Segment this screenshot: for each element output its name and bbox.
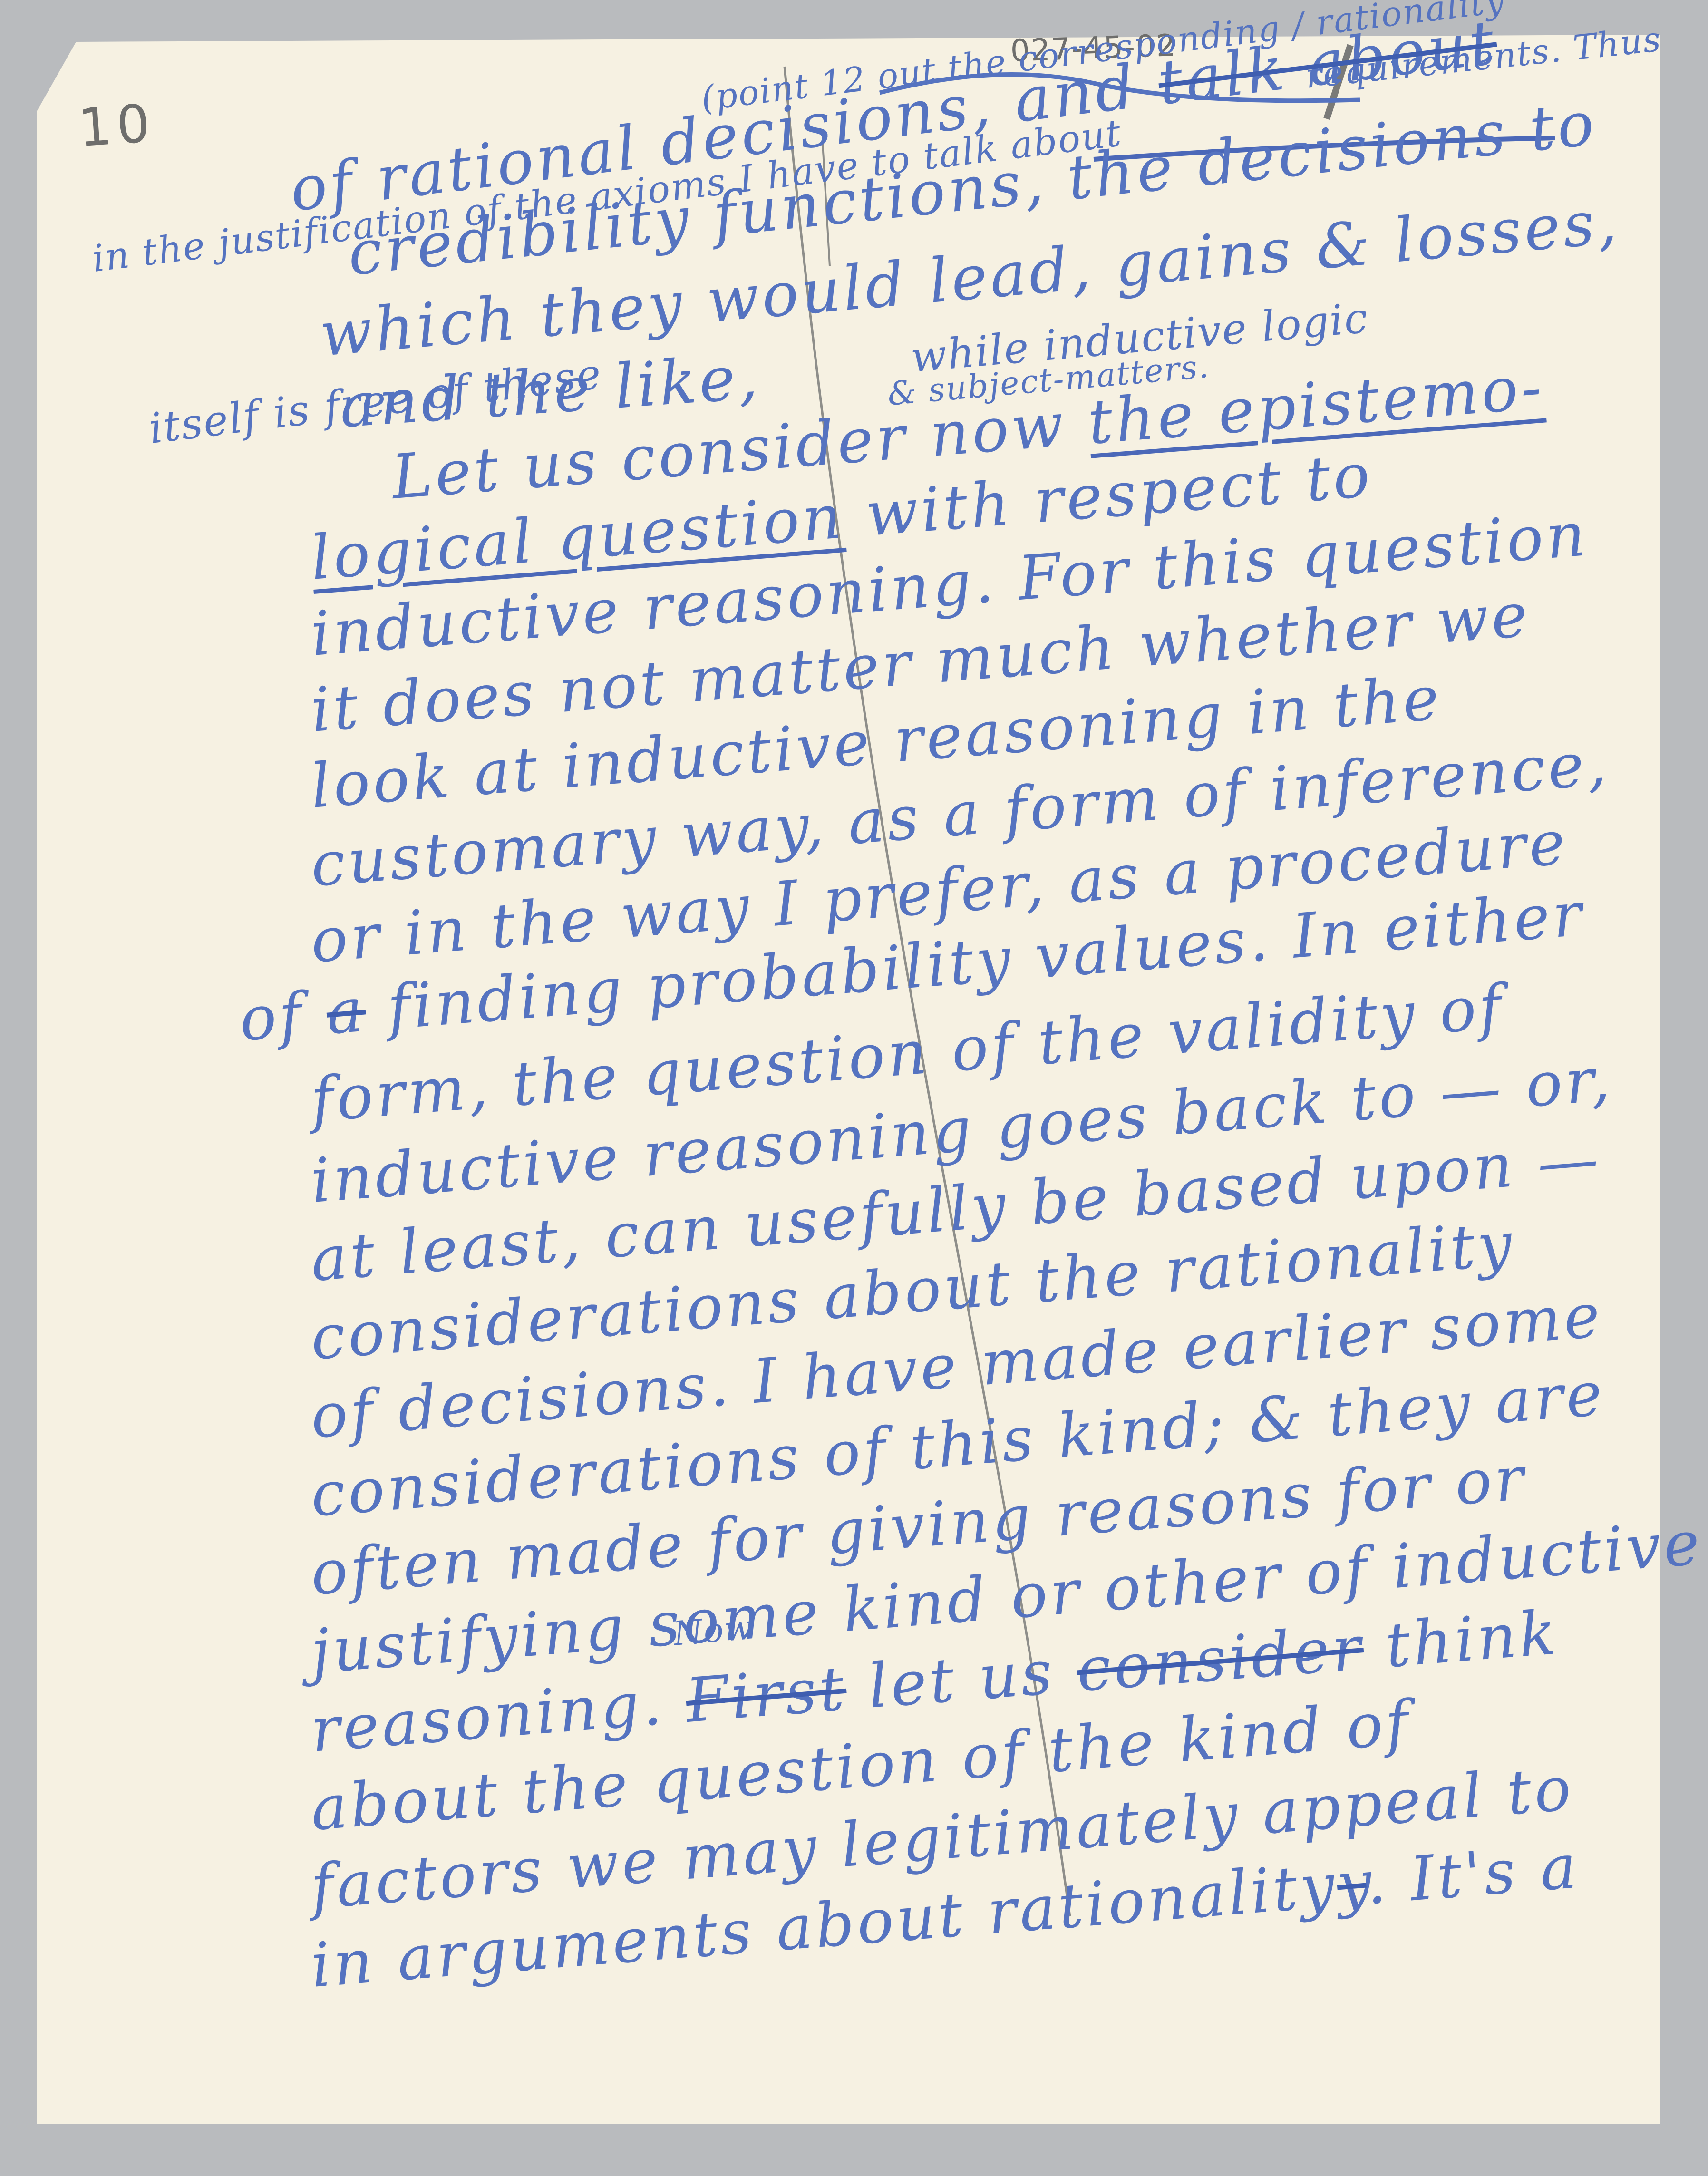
insert-now-annotation: Now [672, 1608, 756, 1653]
line-text: think [1383, 1597, 1561, 1681]
struck-text: y [1334, 1848, 1369, 1921]
insert-of-annotation: of [237, 980, 307, 1055]
struck-text: First [683, 1653, 849, 1737]
page-number: 10 [77, 93, 157, 159]
line-text: let us [866, 1637, 1058, 1722]
struck-text: a [324, 975, 369, 1049]
